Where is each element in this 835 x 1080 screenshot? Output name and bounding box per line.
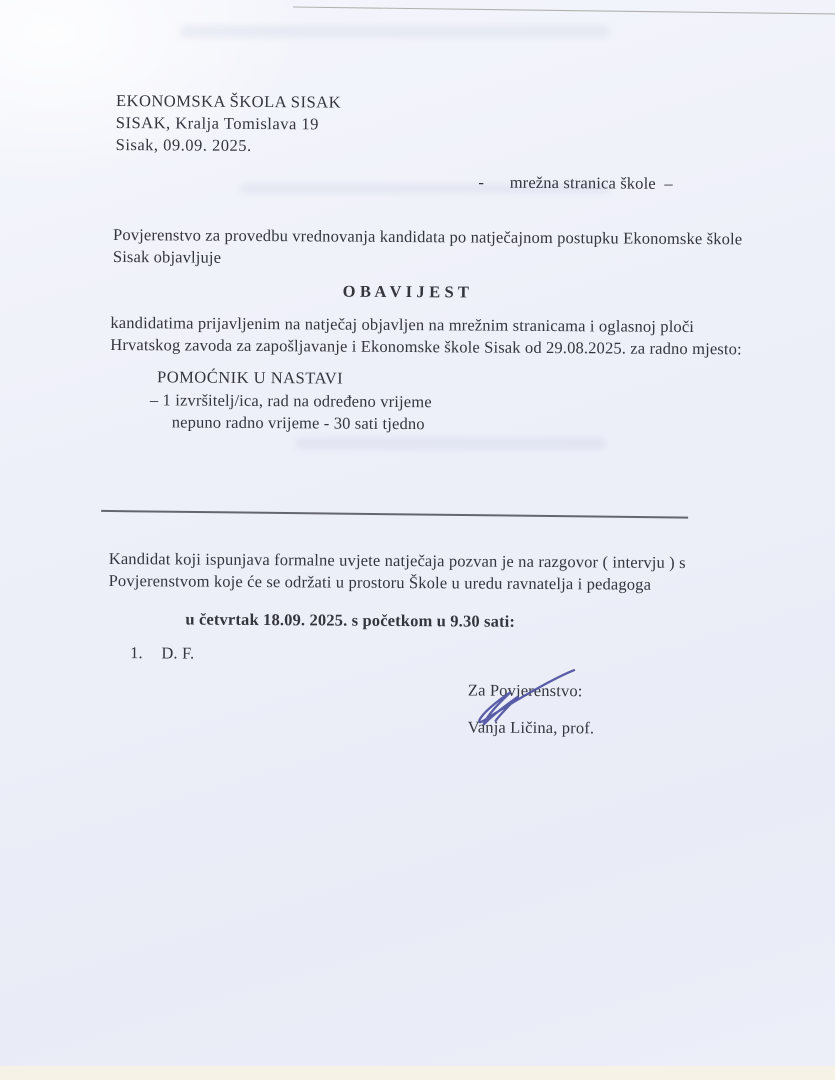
interview-datetime: u četvrtak 18.09. 2025. s početkom u 9.3… (185, 609, 515, 633)
candidate-row: 1. D. F. (130, 642, 194, 664)
job-detail-1: – 1 izvršitelj/ica, rad na određeno vrij… (150, 389, 432, 413)
notice-line-2: Hrvatskog zavoda za zapošljavanje i Ekon… (110, 334, 742, 360)
candidate-number: 1. (130, 643, 143, 662)
notice-paragraph: kandidatima prijavljenim na natječaj obj… (110, 312, 742, 360)
notice-title: O B A V I J E S T (343, 281, 470, 304)
letterhead: EKONOMSKA ŠKOLA SISAK SISAK, Kralja Tomi… (116, 90, 342, 158)
job-detail-2: nepuno radno vrijeme - 30 sati tjedno (172, 411, 425, 435)
divider-line (101, 510, 688, 518)
interview-line-2: Povjerenstvom koje će se održati u prost… (109, 570, 686, 596)
intro-line-2: Sisak objavljuje (113, 246, 742, 272)
school-address: SISAK, Kralja Tomislava 19 (116, 112, 341, 136)
scanned-page: EKONOMSKA ŠKOLA SISAK SISAK, Kralja Tomi… (0, 0, 835, 1066)
distribution-note: - mrežna stranica škole – (478, 172, 672, 195)
job-title: POMOĆNIK U NASTAVI (157, 366, 343, 389)
intro-paragraph: Povjerenstvo za provedbu vrednovanja kan… (113, 224, 743, 272)
document-content: EKONOMSKA ŠKOLA SISAK SISAK, Kralja Tomi… (0, 0, 835, 1071)
interview-paragraph: Kandidat koji ispunjava formalne uvjete … (109, 548, 686, 596)
place-date: Sisak, 09.09. 2025. (116, 134, 341, 158)
candidate-initials: D. F. (161, 643, 194, 662)
school-name: EKONOMSKA ŠKOLA SISAK (116, 90, 341, 114)
signatory-name: Vanja Ličina, prof. (468, 716, 595, 739)
